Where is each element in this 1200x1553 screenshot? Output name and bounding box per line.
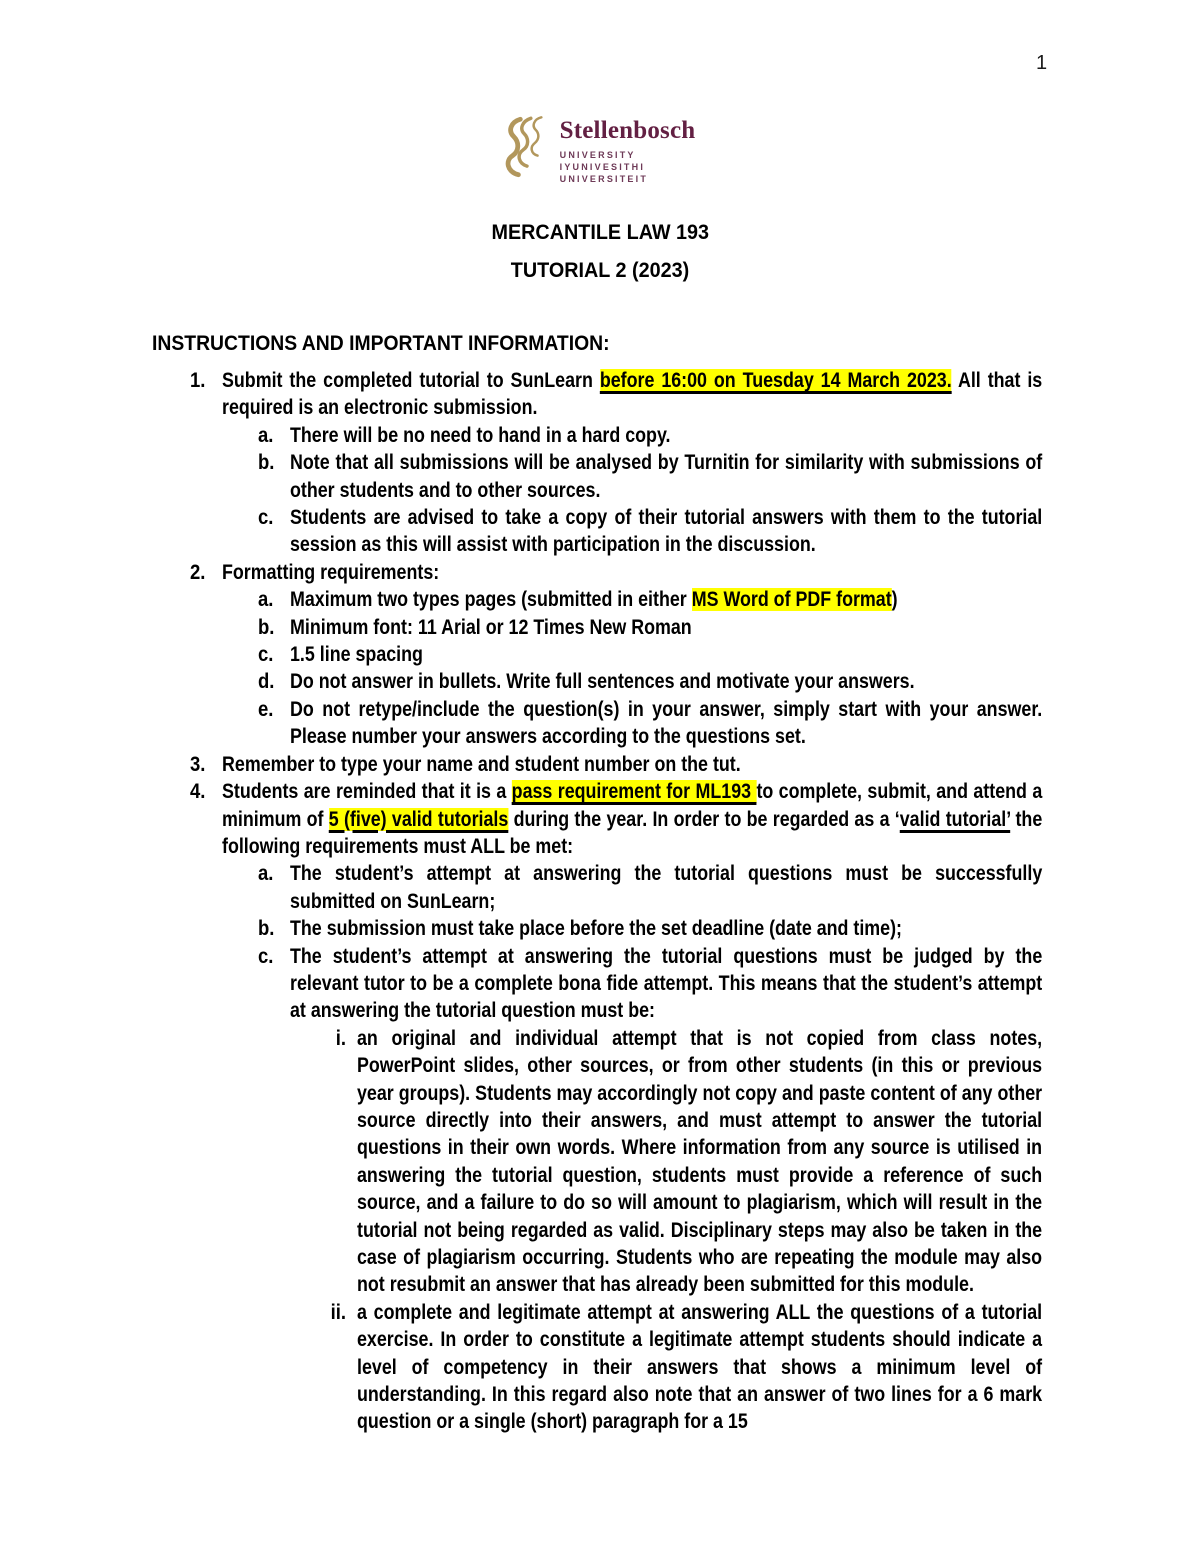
list-paragraph: Students are advised to take a copy of t… bbox=[290, 504, 1042, 559]
list-item: a.The student’s attempt at answering the… bbox=[152, 860, 1042, 915]
text-segment: a complete and legitimate attempt at ans… bbox=[357, 1301, 1042, 1434]
list-paragraph: Submit the completed tutorial to SunLear… bbox=[222, 367, 1042, 422]
text-segment: The student’s attempt at answering the t… bbox=[290, 945, 1042, 1023]
text-segment: ) bbox=[892, 588, 898, 611]
logo-subline-university: UNIVERSITY bbox=[560, 149, 696, 161]
list-item: 2.Formatting requirements: bbox=[152, 559, 1042, 586]
list-paragraph: Students are reminded that it is a pass … bbox=[222, 778, 1042, 860]
text-segment: Students are advised to take a copy of t… bbox=[290, 506, 1042, 556]
list-item: ii.a complete and legitimate attempt at … bbox=[152, 1299, 1042, 1436]
text-segment: Note that all submissions will be analys… bbox=[290, 451, 1042, 501]
list-marker: b. bbox=[258, 449, 274, 476]
document-title-line1: MERCANTILE LAW 193 bbox=[0, 220, 1200, 244]
text-segment: 1.5 line spacing bbox=[290, 643, 423, 666]
document-page: 1 Stellenbosch UNIVERSITY IYUNIVESITHI U… bbox=[0, 0, 1200, 1553]
page-number: 1 bbox=[1036, 52, 1047, 75]
list-marker: b. bbox=[258, 614, 274, 641]
list-paragraph: Note that all submissions will be analys… bbox=[290, 449, 1042, 504]
list-paragraph: Remember to type your name and student n… bbox=[222, 751, 1042, 778]
text-segment: Remember to type your name and student n… bbox=[222, 753, 741, 776]
list-paragraph: Minimum font: 11 Arial or 12 Times New R… bbox=[290, 614, 1042, 641]
list-marker: i. bbox=[307, 1025, 346, 1052]
document-title-line2: TUTORIAL 2 (2023) bbox=[0, 258, 1200, 282]
list-marker: ii. bbox=[307, 1299, 346, 1326]
list-item: e.Do not retype/include the question(s) … bbox=[152, 696, 1042, 751]
text-segment: The submission must take place before th… bbox=[290, 917, 902, 940]
section-heading-text: INSTRUCTIONS AND IMPORTANT INFORMATION: bbox=[152, 331, 610, 355]
list-marker: a. bbox=[258, 860, 273, 887]
list-item: 1.Submit the completed tutorial to SunLe… bbox=[152, 367, 1042, 422]
stellenbosch-logo: Stellenbosch UNIVERSITY IYUNIVESITHI UNI… bbox=[0, 114, 1200, 185]
logo-subline-universiteit: UNIVERSITEIT bbox=[560, 173, 696, 185]
text-segment: Formatting requirements: bbox=[222, 561, 439, 584]
list-paragraph: a complete and legitimate attempt at ans… bbox=[357, 1299, 1042, 1436]
list-marker: 3. bbox=[190, 751, 205, 778]
stellenbosch-emblem-icon bbox=[505, 114, 549, 180]
list-marker: 1. bbox=[190, 367, 205, 394]
highlighted-text: before 16:00 on Tuesday 14 March 2023. bbox=[600, 369, 952, 392]
list-item: c.Students are advised to take a copy of… bbox=[152, 504, 1042, 559]
list-item: b.Note that all submissions will be anal… bbox=[152, 449, 1042, 504]
list-item: b.The submission must take place before … bbox=[152, 915, 1042, 942]
list-marker: 4. bbox=[190, 778, 205, 805]
list-paragraph: The submission must take place before th… bbox=[290, 915, 1042, 942]
list-marker: 2. bbox=[190, 559, 205, 586]
text-segment: Maximum two types pages (submitted in ei… bbox=[290, 588, 692, 611]
document-title-line2-text: TUTORIAL 2 (2023) bbox=[511, 258, 689, 282]
section-heading: INSTRUCTIONS AND IMPORTANT INFORMATION: bbox=[152, 331, 660, 355]
text-segment: Students are reminded that it is a bbox=[222, 780, 512, 803]
text-segment: an original and individual attempt that … bbox=[357, 1027, 1042, 1297]
list-paragraph: There will be no need to hand in a hard … bbox=[290, 422, 1042, 449]
list-marker: c. bbox=[258, 943, 273, 970]
highlighted-text: 5 (five) valid tutorials bbox=[329, 808, 509, 831]
list-paragraph: Formatting requirements: bbox=[222, 559, 1042, 586]
text-segment: during the year. In order to be regarded… bbox=[508, 808, 899, 831]
instruction-list: 1.Submit the completed tutorial to SunLe… bbox=[152, 367, 1042, 1436]
list-paragraph: 1.5 line spacing bbox=[290, 641, 1042, 668]
list-marker: c. bbox=[258, 504, 273, 531]
highlighted-text: MS Word of PDF format bbox=[692, 588, 892, 611]
list-item: a.Maximum two types pages (submitted in … bbox=[152, 586, 1042, 613]
text-segment: Do not answer in bullets. Write full sen… bbox=[290, 670, 915, 693]
list-marker: b. bbox=[258, 915, 274, 942]
list-paragraph: an original and individual attempt that … bbox=[357, 1025, 1042, 1299]
text-segment: There will be no need to hand in a hard … bbox=[290, 424, 671, 447]
list-paragraph: The student’s attempt at answering the t… bbox=[290, 943, 1042, 1025]
list-marker: c. bbox=[258, 641, 273, 668]
highlighted-text: pass requirement for ML193 bbox=[512, 780, 757, 803]
list-marker: e. bbox=[258, 696, 273, 723]
list-item: d.Do not answer in bullets. Write full s… bbox=[152, 668, 1042, 695]
list-item: i.an original and individual attempt tha… bbox=[152, 1025, 1042, 1299]
text-segment: Minimum font: 11 Arial or 12 Times New R… bbox=[290, 616, 692, 639]
list-marker: a. bbox=[258, 422, 273, 449]
text-segment: Submit the completed tutorial to SunLear… bbox=[222, 369, 600, 392]
list-item: 4.Students are reminded that it is a pas… bbox=[152, 778, 1042, 860]
list-paragraph: The student’s attempt at answering the t… bbox=[290, 860, 1042, 915]
list-item: c.1.5 line spacing bbox=[152, 641, 1042, 668]
list-item: b.Minimum font: 11 Arial or 12 Times New… bbox=[152, 614, 1042, 641]
text-segment: Do not retype/include the question(s) in… bbox=[290, 698, 1042, 748]
logo-subline-iyunivesithi: IYUNIVESITHI bbox=[560, 161, 696, 173]
list-item: 3.Remember to type your name and student… bbox=[152, 751, 1042, 778]
underlined-text: valid tutorial’ bbox=[900, 808, 1010, 831]
list-paragraph: Maximum two types pages (submitted in ei… bbox=[290, 586, 1042, 613]
logo-text-block: Stellenbosch UNIVERSITY IYUNIVESITHI UNI… bbox=[560, 114, 696, 185]
list-paragraph: Do not answer in bullets. Write full sen… bbox=[290, 668, 1042, 695]
list-paragraph: Do not retype/include the question(s) in… bbox=[290, 696, 1042, 751]
list-marker: a. bbox=[258, 586, 273, 613]
list-marker: d. bbox=[258, 668, 274, 695]
list-item: a.There will be no need to hand in a har… bbox=[152, 422, 1042, 449]
document-title-line1-text: MERCANTILE LAW 193 bbox=[491, 220, 709, 244]
list-item: c.The student’s attempt at answering the… bbox=[152, 943, 1042, 1025]
text-segment: The student’s attempt at answering the t… bbox=[290, 862, 1042, 912]
logo-brand-name: Stellenbosch bbox=[560, 118, 696, 144]
